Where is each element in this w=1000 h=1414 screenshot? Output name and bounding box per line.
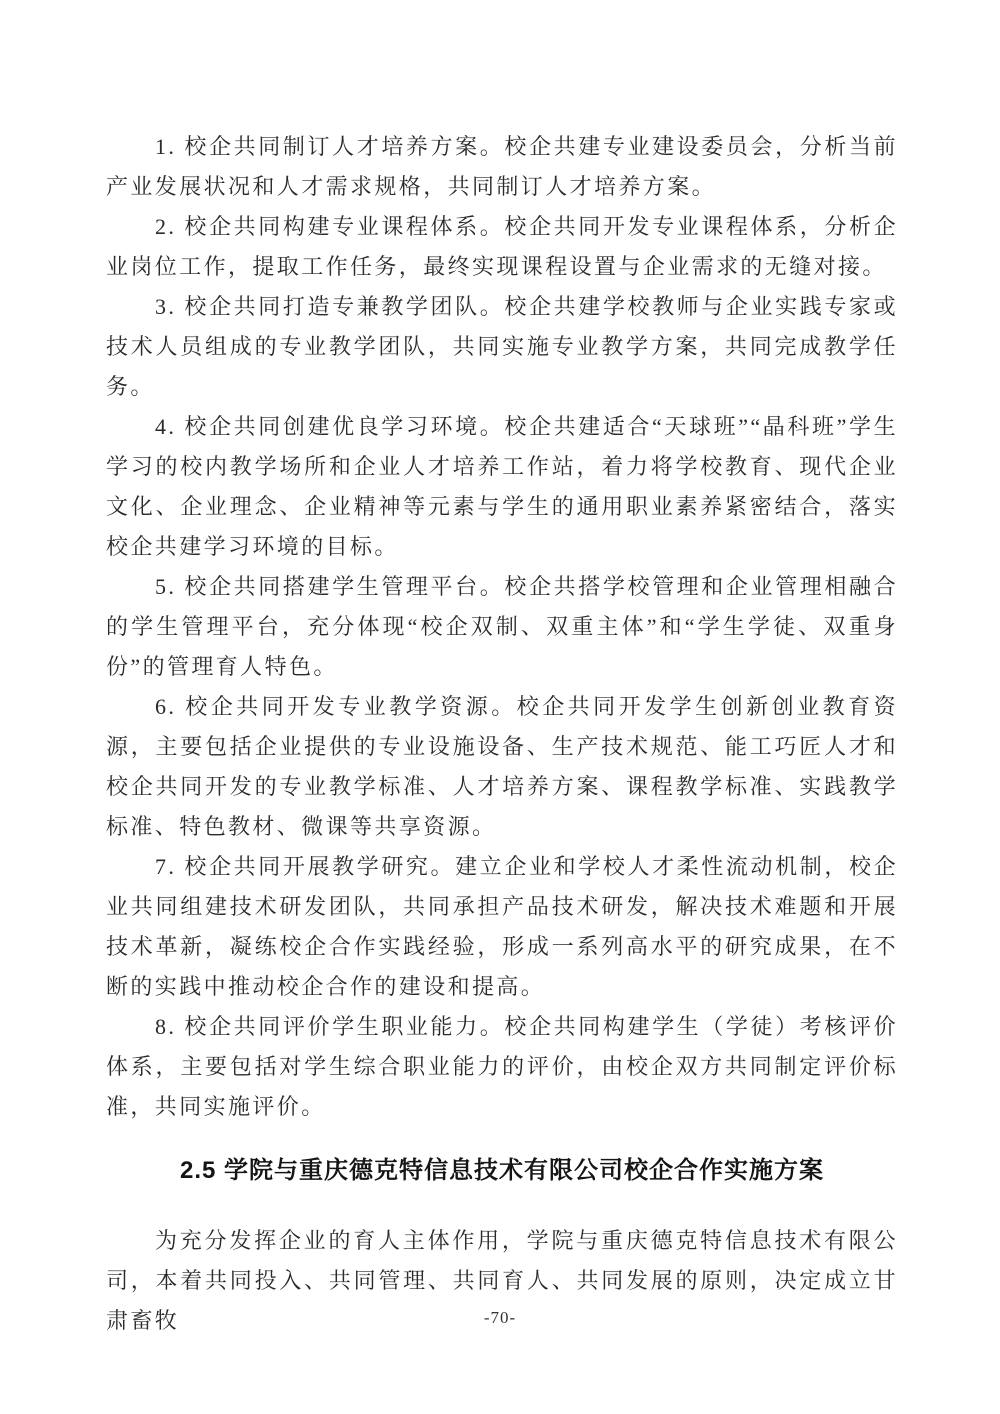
section-heading: 2.5 学院与重庆德克特信息技术有限公司校企合作实施方案 [106,1151,898,1191]
numbered-paragraph-5: 5. 校企共同搭建学生管理平台。校企共搭学校管理和企业管理相融合的学生管理平台，… [106,567,898,687]
page-number: -70- [484,1308,516,1327]
document-page: 1. 校企共同制订人才培养方案。校企共建专业建设委员会，分析当前产业发展状况和人… [0,0,1000,1414]
numbered-paragraph-7: 7. 校企共同开展教学研究。建立企业和学校人才柔性流动机制，校企业共同组建技术研… [106,847,898,1007]
numbered-paragraph-1: 1. 校企共同制订人才培养方案。校企共建专业建设委员会，分析当前产业发展状况和人… [106,127,898,207]
numbered-paragraph-3: 3. 校企共同打造专兼教学团队。校企共建学校教师与企业实践专家或技术人员组成的专… [106,287,898,407]
numbered-paragraph-2: 2. 校企共同构建专业课程体系。校企共同开发专业课程体系，分析企业岗位工作，提取… [106,207,898,287]
numbered-paragraph-8: 8. 校企共同评价学生职业能力。校企共同构建学生（学徒）考核评价体系，主要包括对… [106,1007,898,1127]
numbered-paragraph-4: 4. 校企共同创建优良学习环境。校企共建适合“天球班”“晶科班”学生学习的校内教… [106,407,898,567]
page-footer: -70- [0,1308,1000,1328]
numbered-paragraph-6: 6. 校企共同开发专业教学资源。校企共同开发学生创新创业教育资源，主要包括企业提… [106,687,898,847]
page-body: 1. 校企共同制订人才培养方案。校企共建专业建设委员会，分析当前产业发展状况和人… [106,127,898,1341]
